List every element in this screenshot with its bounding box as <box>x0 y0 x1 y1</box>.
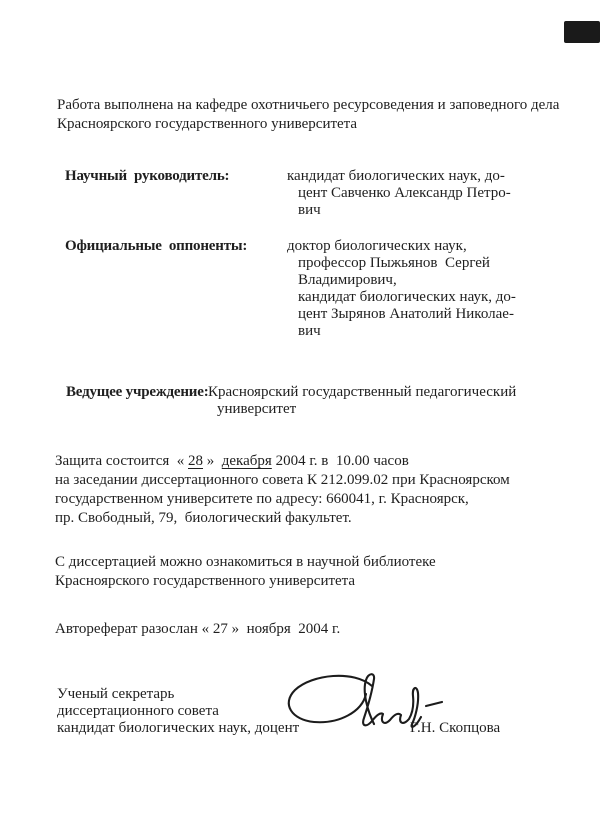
defense-line1-suffix: 2004 г. в 10.00 часов <box>272 453 409 469</box>
opponents-line4: кандидат биологических наук, до- <box>298 289 516 306</box>
leading-institution-line2: университет <box>217 401 296 418</box>
defense-month: декабря <box>222 453 272 469</box>
library-paragraph: С диссертацией можно ознакомиться в науч… <box>55 553 436 591</box>
opponents-line2: профессор Пыжьянов Сергей <box>298 255 516 272</box>
mailed-line: Автореферат разослан « 27 » ноября 2004 … <box>55 620 340 639</box>
defense-line1-mid: » <box>203 453 222 469</box>
defense-line1-prefix: Защита состоится « <box>55 453 188 469</box>
supervisor-label: Научный руководитель: <box>65 168 229 185</box>
defense-day: 28 <box>188 453 203 469</box>
opponents-line6: вич <box>298 323 516 340</box>
supervisor-line3: вич <box>298 202 511 219</box>
secretary-line3: кандидат биологических наук, доцент <box>57 720 299 737</box>
supervisor-line2: цент Савченко Александр Петро- <box>298 185 511 202</box>
defense-line3: государственном университете по адресу: … <box>55 490 510 509</box>
secretary-line2: диссертационного совета <box>57 703 299 720</box>
performed-at-line2: Красноярского государственного университ… <box>57 115 559 134</box>
library-line1: С диссертацией можно ознакомиться в науч… <box>55 553 436 572</box>
secretary-block: Ученый секретарь диссертационного совета… <box>57 686 299 737</box>
opponents-label: Официальные оппоненты: <box>65 238 247 255</box>
secretary-line1: Ученый секретарь <box>57 686 299 703</box>
library-line2: Красноярского государственного университ… <box>55 572 436 591</box>
performed-at-paragraph: Работа выполнена на кафедре охотничьего … <box>57 96 559 134</box>
leading-institution-line1: Красноярский государственный педагогичес… <box>208 384 516 401</box>
scan-artifact-box <box>564 21 600 43</box>
handwritten-signature-icon <box>284 672 452 736</box>
supervisor-line1: кандидат биологических наук, до- <box>287 168 511 185</box>
performed-at-line1: Работа выполнена на кафедре охотничьего … <box>57 96 559 115</box>
defense-paragraph: Защита состоится « 28 » декабря 2004 г. … <box>55 452 510 528</box>
opponents-line3: Владимирович, <box>298 272 516 289</box>
document-page: Работа выполнена на кафедре охотничьего … <box>0 0 600 818</box>
opponents-line5: цент Зырянов Анатолий Николае- <box>298 306 516 323</box>
opponents-value: доктор биологических наук, профессор Пыж… <box>287 238 516 340</box>
supervisor-value: кандидат биологических наук, до- цент Са… <box>287 168 511 219</box>
defense-line4: пр. Свободный, 79, биологический факульт… <box>55 509 510 528</box>
defense-line1: Защита состоится « 28 » декабря 2004 г. … <box>55 452 510 471</box>
defense-line2: на заседании диссертационного совета К 2… <box>55 471 510 490</box>
leading-institution-label: Ведущее учреждение: <box>66 384 209 401</box>
opponents-line1: доктор биологических наук, <box>287 238 516 255</box>
